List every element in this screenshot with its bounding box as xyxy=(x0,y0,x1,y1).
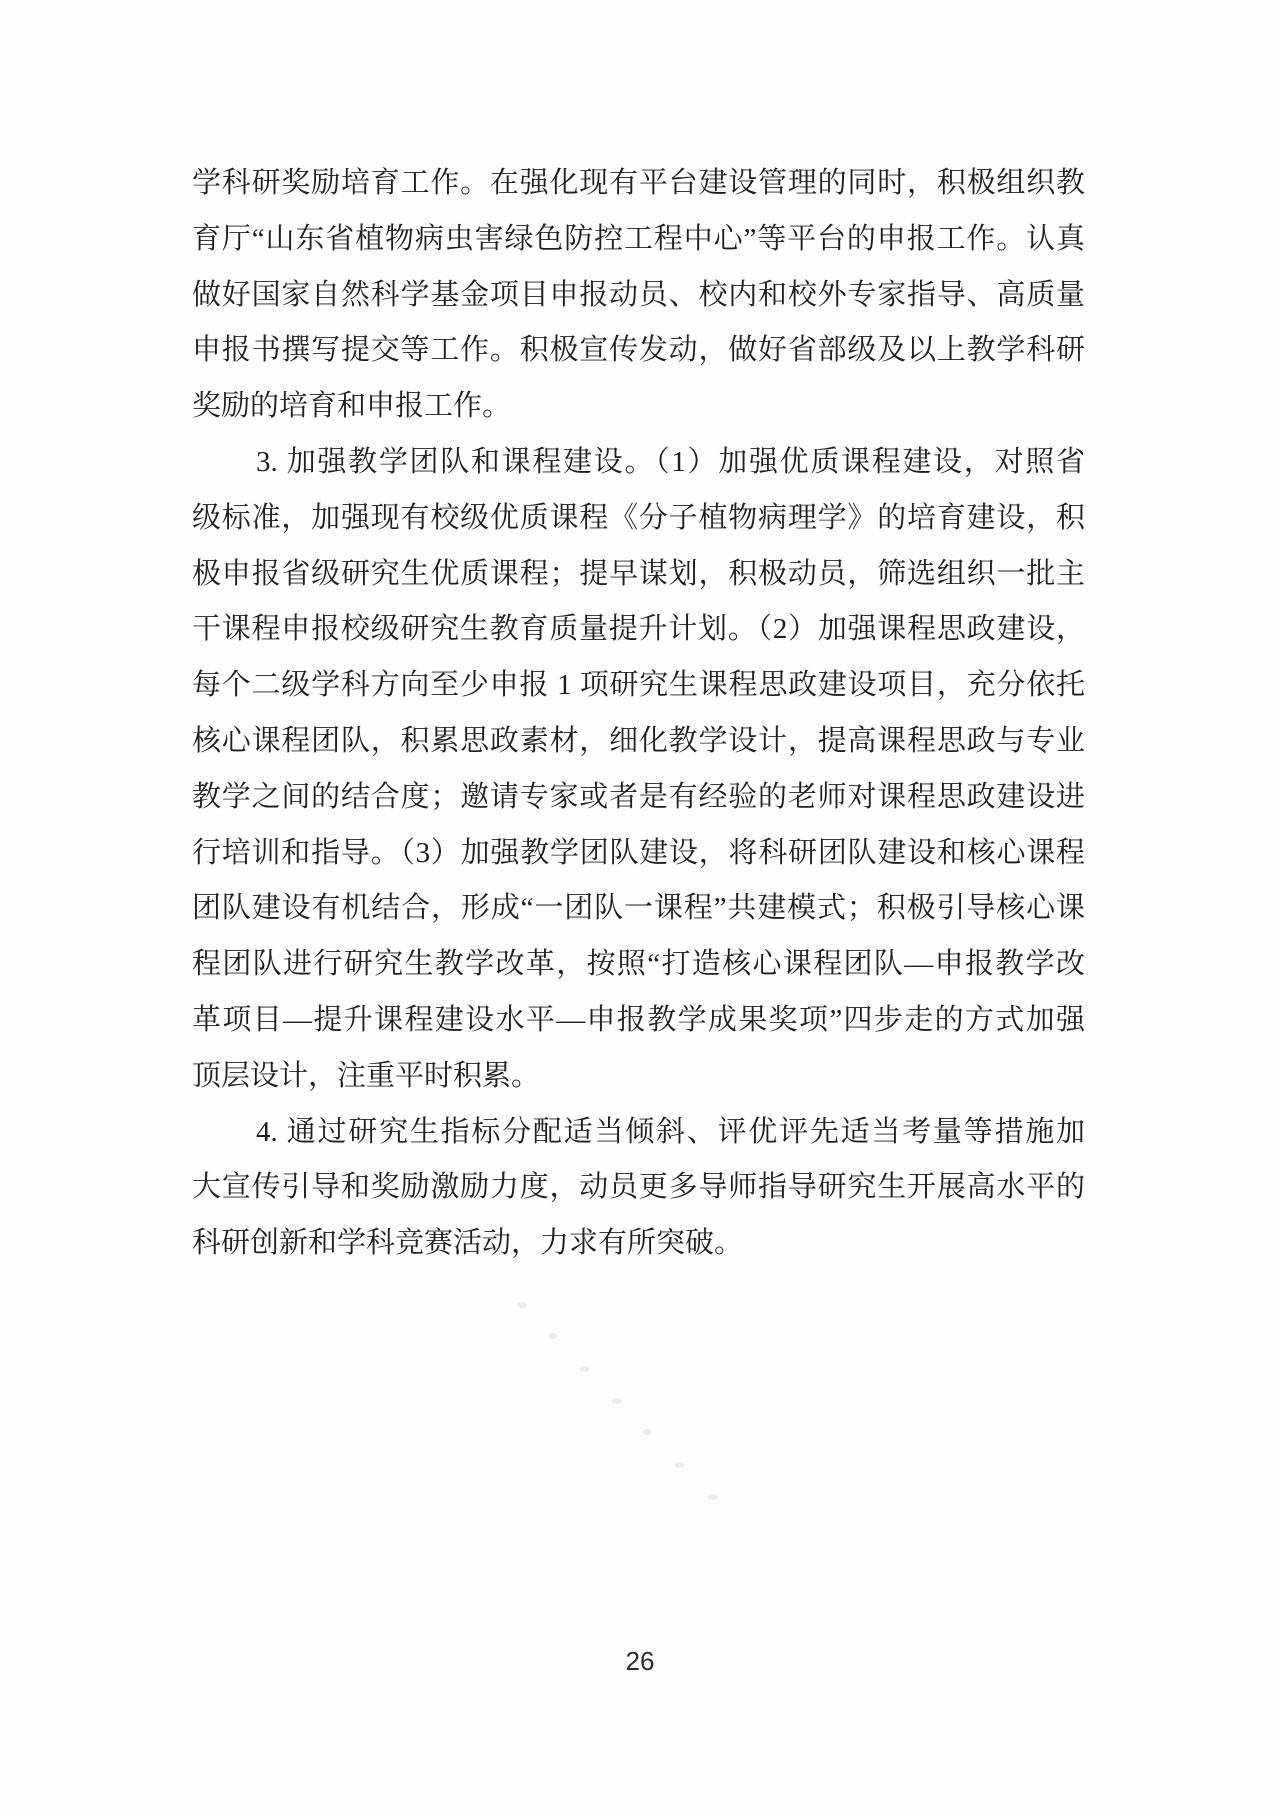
text-line: 程团队进行研究生教学改革，按照“打造核心课程团队—申报教学改 xyxy=(192,937,1085,993)
scan-speck xyxy=(708,1494,718,1500)
text-line: 核心课程团队，积累思政素材，细化教学设计，提高课程思政与专业 xyxy=(192,714,1085,770)
text-line: 顶层设计，注重平时积累。 xyxy=(192,1049,1085,1105)
text-line: 革项目—提升课程建设水平—申报教学成果奖项”四步走的方式加强 xyxy=(192,993,1085,1049)
text-line: 奖励的培育和申报工作。 xyxy=(192,379,1085,435)
text-line: 学科研奖励培育工作。在强化现有平台建设管理的同时，积极组织教 xyxy=(192,156,1085,212)
text-line: 干课程申报校级研究生教育质量提升计划。（2）加强课程思政建设， xyxy=(192,602,1085,658)
document-body: 学科研奖励培育工作。在强化现有平台建设管理的同时，积极组织教 育厅“山东省植物病… xyxy=(192,156,1085,1272)
document-page: 学科研奖励培育工作。在强化现有平台建设管理的同时，积极组织教 育厅“山东省植物病… xyxy=(0,0,1280,1811)
text-line: 极申报省级研究生优质课程；提早谋划，积极动员，筛选组织一批主 xyxy=(192,547,1085,603)
scan-speck xyxy=(548,1333,557,1339)
scan-speck xyxy=(612,1398,622,1404)
text-line: 大宣传引导和奖励激励力度，动员更多导师指导研究生开展高水平的 xyxy=(192,1160,1085,1216)
scan-speck xyxy=(580,1366,589,1372)
scan-speck xyxy=(517,1302,527,1308)
text-line: 科研创新和学科竞赛活动，力求有所突破。 xyxy=(192,1216,1085,1272)
text-line: 3. 加强教学团队和课程建设。（1）加强优质课程建设，对照省 xyxy=(192,435,1085,491)
text-line: 申报书撰写提交等工作。积极宣传发动，做好省部级及以上教学科研 xyxy=(192,323,1085,379)
text-line: 教学之间的结合度；邀请专家或者是有经验的老师对课程思政建设进 xyxy=(192,770,1085,826)
text-line: 行培训和指导。（3）加强教学团队建设，将科研团队建设和核心课程 xyxy=(192,826,1085,882)
text-line: 团队建设有机结合，形成“一团队一课程”共建模式；积极引导核心课 xyxy=(192,881,1085,937)
scan-speck xyxy=(643,1429,652,1435)
text-line: 4. 通过研究生指标分配适当倾斜、评优评先适当考量等措施加 xyxy=(192,1105,1085,1161)
text-line: 育厅“山东省植物病虫害绿色防控工程中心”等平台的申报工作。认真 xyxy=(192,212,1085,268)
text-line: 做好国家自然科学基金项目申报动员、校内和校外专家指导、高质量 xyxy=(192,268,1085,324)
page-number: 26 xyxy=(0,1646,1280,1677)
text-line: 每个二级学科方向至少申报 1 项研究生课程思政建设项目，充分依托 xyxy=(192,658,1085,714)
scan-speck xyxy=(675,1462,684,1468)
text-line: 级标准，加强现有校级优质课程《分子植物病理学》的培育建设，积 xyxy=(192,491,1085,547)
